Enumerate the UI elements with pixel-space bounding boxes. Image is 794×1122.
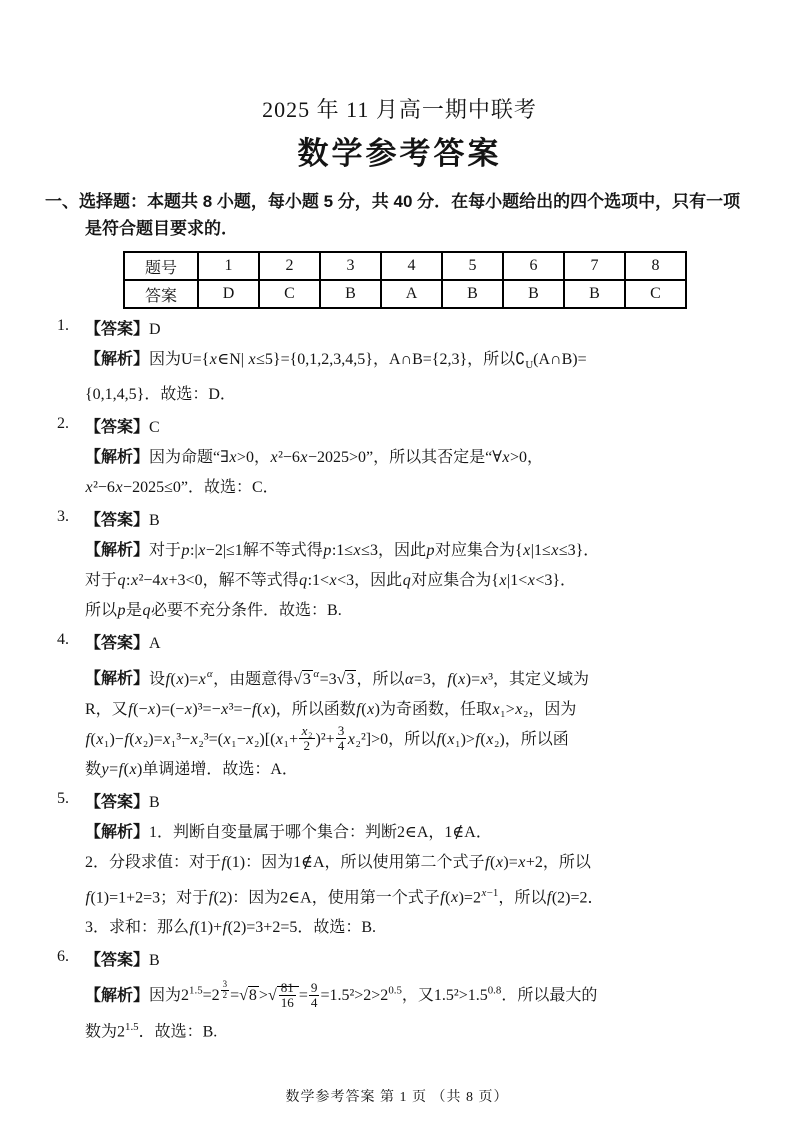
item-number: 3. bbox=[57, 508, 69, 526]
solution-text: 因为21.5=232=√8>√8116=94=1.5²>2>20.5，又1.5²… bbox=[149, 987, 597, 1004]
answer-cell: B bbox=[320, 280, 381, 308]
answer-line: 【答案】A bbox=[85, 629, 754, 659]
solution-label: 【解析】 bbox=[85, 351, 149, 368]
solution-line: 所以p是q必要不充分条件．故选：B. bbox=[85, 596, 754, 626]
solution-line: 对于q:x²−4x+3<0，解不等式得q:1<x<3，因此q对应集合为{x|1<… bbox=[85, 566, 754, 596]
doc-subtitle: 数学参考答案 bbox=[45, 134, 754, 174]
question-number-cell: 4 bbox=[381, 252, 442, 280]
doc-title: 2025 年 11 月高一期中联考 bbox=[45, 96, 754, 124]
question-number-cell: 6 bbox=[503, 252, 564, 280]
question-number-cell: 7 bbox=[564, 252, 625, 280]
answer-cell: A bbox=[381, 280, 442, 308]
answer-line: 【答案】D bbox=[85, 315, 754, 345]
answer-cell: C bbox=[625, 280, 686, 308]
solution-text: 1．判断自变量属于哪个集合：判断2∈A，1∉A． bbox=[149, 824, 492, 841]
solution-line: x²−6x−2025≤0”．故选：C． bbox=[85, 473, 754, 503]
solution-text: 设f(x)=xα，由题意得√3α=3√3，所以α=3，f(x)=x³，其定义域为 bbox=[149, 671, 589, 688]
solution-text: 因为命题“∃x>0，x²−6x−2025>0”，所以其否定是“∀x>0， bbox=[149, 449, 543, 466]
section-instructions: 一、选择题：本题共 8 小题，每小题 5 分，共 40 分．在每小题给出的四个选… bbox=[45, 188, 754, 242]
answer-item-5: 5. 【答案】B 【解析】1．判断自变量属于哪个集合：判断2∈A，1∉A． 2．… bbox=[45, 788, 754, 943]
solution-text: 对于p:|x−2|≤1解不等式得p:1≤x≤3，因此p对应集合为{x|1≤x≤3… bbox=[149, 542, 599, 559]
answer-item-3: 3. 【答案】B 【解析】对于p:|x−2|≤1解不等式得p:1≤x≤3，因此p… bbox=[45, 506, 754, 626]
solution-line: 【解析】对于p:|x−2|≤1解不等式得p:1≤x≤3，因此p对应集合为{x|1… bbox=[85, 536, 754, 566]
solution-line: 【解析】设f(x)=xα，由题意得√3α=3√3，所以α=3，f(x)=x³，其… bbox=[85, 659, 754, 694]
question-number-cell: 2 bbox=[259, 252, 320, 280]
solution-line: 【解析】1．判断自变量属于哪个集合：判断2∈A，1∉A． bbox=[85, 818, 754, 848]
solution-line: 数为21.5．故选：B. bbox=[85, 1012, 754, 1047]
answer-cell: B bbox=[442, 280, 503, 308]
answer-line: 【答案】C bbox=[85, 413, 754, 443]
answer-cell: B bbox=[564, 280, 625, 308]
question-number-cell: 8 bbox=[625, 252, 686, 280]
solution-line: 数y=f(x)单调递增．故选：A． bbox=[85, 755, 754, 785]
answer-value: B bbox=[149, 512, 160, 529]
question-number-cell: 3 bbox=[320, 252, 381, 280]
document-page: 2025 年 11 月高一期中联考 数学参考答案 一、选择题：本题共 8 小题，… bbox=[0, 0, 794, 1122]
item-number: 4. bbox=[57, 631, 69, 649]
answer-table: 题号 1 2 3 4 5 6 7 8 答案 D C B A B B B C bbox=[123, 251, 687, 309]
answer-line: 【答案】B bbox=[85, 506, 754, 536]
answer-cell: B bbox=[503, 280, 564, 308]
answer-line: 【答案】B bbox=[85, 788, 754, 818]
solution-line: 【解析】因为U={x∈N| x≤5}={0,1,2,3,4,5}，A∩B={2,… bbox=[85, 345, 754, 380]
answer-value: B bbox=[149, 952, 160, 969]
answer-cell: D bbox=[198, 280, 259, 308]
item-number: 6. bbox=[57, 948, 69, 966]
solution-line: 2．分段求值：对于f(1)：因为1∉A，所以使用第二个式子f(x)=x+2，所以 bbox=[85, 848, 754, 878]
solution-line: R，又f(−x)=(−x)³=−x³=−f(x)，所以函数f(x)为奇函数，任取… bbox=[85, 695, 754, 725]
answer-item-6: 6. 【答案】B 【解析】因为21.5=232=√8>√8116=94=1.5²… bbox=[45, 946, 754, 1047]
solution-line: 3．求和：那么f(1)+f(2)=3+2=5．故选：B. bbox=[85, 913, 754, 943]
answer-label: 【答案】 bbox=[85, 952, 149, 969]
answer-label: 【答案】 bbox=[85, 635, 149, 652]
answer-item-2: 2. 【答案】C 【解析】因为命题“∃x>0，x²−6x−2025>0”，所以其… bbox=[45, 413, 754, 503]
question-number-row: 题号 1 2 3 4 5 6 7 8 bbox=[124, 252, 686, 280]
page-footer: 数学参考答案 第 1 页 （共 8 页） bbox=[0, 1086, 794, 1106]
item-number: 2. bbox=[57, 415, 69, 433]
solution-line: f(1)=1+2=3；对于f(2)：因为2∈A，使用第一个式子f(x)=2x−1… bbox=[85, 878, 754, 913]
answer-row: 答案 D C B A B B B C bbox=[124, 280, 686, 308]
solution-line: 【解析】因为21.5=232=√8>√8116=94=1.5²>2>20.5，又… bbox=[85, 976, 754, 1012]
answer-label: 【答案】 bbox=[85, 794, 149, 811]
solution-label: 【解析】 bbox=[85, 449, 149, 466]
answer-label: 【答案】 bbox=[85, 512, 149, 529]
question-number-cell: 1 bbox=[198, 252, 259, 280]
answer-label: 【答案】 bbox=[85, 419, 149, 436]
answer-item-1: 1. 【答案】D 【解析】因为U={x∈N| x≤5}={0,1,2,3,4,5… bbox=[45, 315, 754, 410]
question-number-cell: 5 bbox=[442, 252, 503, 280]
solution-label: 【解析】 bbox=[85, 542, 149, 559]
answer-label: 【答案】 bbox=[85, 321, 149, 338]
solution-line: 【解析】因为命题“∃x>0，x²−6x−2025>0”，所以其否定是“∀x>0， bbox=[85, 443, 754, 473]
row-label: 答案 bbox=[124, 280, 198, 308]
answer-value: C bbox=[149, 419, 160, 436]
answer-line: 【答案】B bbox=[85, 946, 754, 976]
solution-label: 【解析】 bbox=[85, 671, 149, 688]
solution-label: 【解析】 bbox=[85, 987, 149, 1004]
answer-value: B bbox=[149, 794, 160, 811]
answer-value: A bbox=[149, 635, 161, 652]
solution-line: {0,1,4,5}．故选：D． bbox=[85, 380, 754, 410]
item-number: 1. bbox=[57, 317, 69, 335]
solution-line: f(x₁)−f(x₂)=x₁³−x₂³=(x₁−x₂)[(x₁+x₂2)²+34… bbox=[85, 725, 754, 755]
answer-value: D bbox=[149, 321, 161, 338]
answer-item-4: 4. 【答案】A 【解析】设f(x)=xα，由题意得√3α=3√3，所以α=3，… bbox=[45, 629, 754, 785]
solution-label: 【解析】 bbox=[85, 824, 149, 841]
answer-cell: C bbox=[259, 280, 320, 308]
item-number: 5. bbox=[57, 790, 69, 808]
row-label: 题号 bbox=[124, 252, 198, 280]
solution-text: 因为U={x∈N| x≤5}={0,1,2,3,4,5}，A∩B={2,3}，所… bbox=[149, 351, 587, 368]
